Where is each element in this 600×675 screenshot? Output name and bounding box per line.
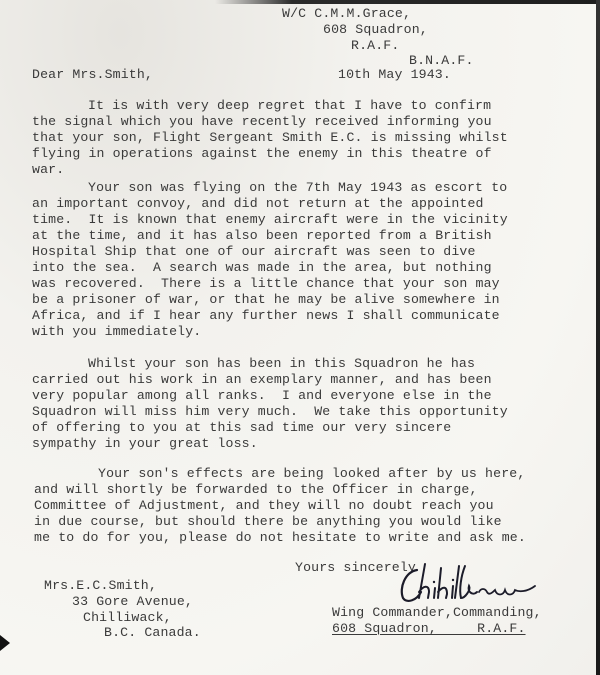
paragraph-line: carried out his work in an exemplary man…	[32, 372, 492, 387]
sender-location: B.N.A.F.	[409, 53, 474, 68]
letter-date: 10th May 1943.	[338, 67, 451, 82]
paragraph-line: into the sea. A search was made in the a…	[32, 260, 492, 275]
scan-left-mark	[0, 635, 10, 651]
sender-name: W/C C.M.M.Grace,	[282, 6, 411, 21]
paragraph-line: It is with very deep regret that I have …	[88, 98, 491, 113]
paragraph-line: Your son's effects are being looked afte…	[98, 466, 525, 481]
paragraph-line: an important convoy, and did not return …	[32, 196, 484, 211]
paragraph-line: Your son was flying on the 7th May 1943 …	[88, 180, 507, 195]
paragraph-line: Hospital Ship that one of our aircraft w…	[32, 244, 476, 259]
paragraph-line: time. It is known that enemy aircraft we…	[32, 212, 508, 227]
paragraph-line: the signal which you have recently recei…	[32, 114, 492, 129]
paragraph-line: very popular among all ranks. I and ever…	[32, 388, 492, 403]
addressee-line: Mrs.E.C.Smith,	[44, 578, 157, 593]
scan-edge-shadow	[215, 0, 600, 4]
paragraph-line: flying in operations against the enemy i…	[32, 146, 492, 161]
paragraph-line: Squadron will miss him very much. We tak…	[32, 404, 508, 419]
paragraph-line: and will shortly be forwarded to the Off…	[34, 482, 478, 497]
scan-right-edge	[596, 0, 600, 675]
addressee-line: B.C. Canada.	[104, 625, 201, 640]
paragraph-line: sympathy in your great loss.	[32, 436, 258, 451]
addressee-line: Chilliwack,	[83, 610, 172, 625]
paragraph-line: with you immediately.	[32, 324, 201, 339]
addressee-line: 33 Gore Avenue,	[72, 594, 193, 609]
paragraph-line: at the time, and it has also been report…	[32, 228, 492, 243]
paragraph-line: that your son, Flight Sergeant Smith E.C…	[32, 130, 508, 145]
sender-unit: 608 Squadron,	[323, 22, 428, 37]
paragraph-line: of offering to you at this sad time our …	[32, 420, 451, 435]
letter-page: W/C C.M.M.Grace, 608 Squadron, R.A.F. B.…	[0, 0, 600, 675]
paragraph-line: Committee of Adjustment, and they will n…	[34, 498, 494, 513]
paragraph-line: Africa, and if I hear any further news I…	[32, 308, 500, 323]
paragraph-line: in due course, but should there be anyth…	[34, 514, 502, 529]
paragraph-line: war.	[32, 162, 64, 177]
salutation: Dear Mrs.Smith,	[32, 67, 153, 82]
paragraph-line: Whilst your son has been in this Squadro…	[88, 356, 475, 371]
sender-service: R.A.F.	[351, 38, 399, 53]
paragraph-line: be a prisoner of war, or that he may be …	[32, 292, 500, 307]
signatory-title: Wing Commander,Commanding,	[332, 605, 542, 620]
signatory-unit: 608 Squadron, R.A.F.	[332, 621, 526, 636]
paragraph-line: was recovered. There is a little chance …	[32, 276, 500, 291]
paragraph-line: me to do for you, please do not hesitate…	[34, 530, 526, 545]
